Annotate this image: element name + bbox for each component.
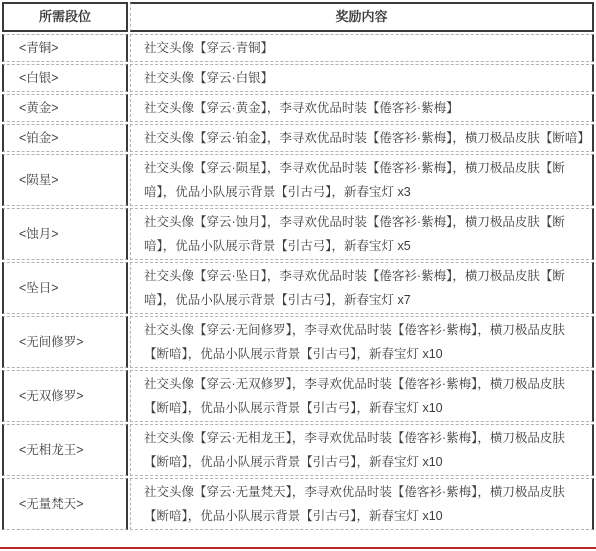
rank-cell: <无间修罗> bbox=[2, 316, 128, 368]
reward-cell: 社交头像【穿云·铂金】，李寻欢优品时装【倦客衫·紫梅】，横刀极品皮肤【断喑】 bbox=[130, 124, 594, 152]
rank-cell: <无相龙王> bbox=[2, 424, 128, 476]
table-row: <坠日> 社交头像【穿云·坠日】，李寻欢优品时装【倦客衫·紫梅】，横刀极品皮肤【… bbox=[2, 262, 594, 314]
table-row: <白银> 社交头像【穿云·白银】 bbox=[2, 64, 594, 92]
table-row: <黄金> 社交头像【穿云·黄金】，李寻欢优品时装【倦客衫·紫梅】 bbox=[2, 94, 594, 122]
rank-cell: <青铜> bbox=[2, 34, 128, 62]
reward-cell: 社交头像【穿云·无量梵天】，李寻欢优品时装【倦客衫·紫梅】，横刀极品皮肤【断喑】… bbox=[130, 478, 594, 530]
rank-cell: <坠日> bbox=[2, 262, 128, 314]
rewards-table-page: 所需段位 奖励内容 <青铜> 社交头像【穿云·青铜】 <白银> 社交头像【穿云·… bbox=[0, 0, 596, 551]
rewards-table: 所需段位 奖励内容 <青铜> 社交头像【穿云·青铜】 <白银> 社交头像【穿云·… bbox=[0, 0, 596, 532]
rank-cell: <白银> bbox=[2, 64, 128, 92]
table-row: <无间修罗> 社交头像【穿云·无间修罗】，李寻欢优品时装【倦客衫·紫梅】，横刀极… bbox=[2, 316, 594, 368]
rank-cell: <黄金> bbox=[2, 94, 128, 122]
rank-cell: <蚀月> bbox=[2, 208, 128, 260]
table-row: <铂金> 社交头像【穿云·铂金】，李寻欢优品时装【倦客衫·紫梅】，横刀极品皮肤【… bbox=[2, 124, 594, 152]
reward-cell: 社交头像【穿云·坠日】，李寻欢优品时装【倦客衫·紫梅】，横刀极品皮肤【断喑】，优… bbox=[130, 262, 594, 314]
rank-cell: <无双修罗> bbox=[2, 370, 128, 422]
table-row: <蚀月> 社交头像【穿云·蚀月】，李寻欢优品时装【倦客衫·紫梅】，横刀极品皮肤【… bbox=[2, 208, 594, 260]
reward-column-header: 奖励内容 bbox=[130, 2, 594, 32]
rank-column-header: 所需段位 bbox=[2, 2, 128, 32]
reward-cell: 社交头像【穿云·无双修罗】，李寻欢优品时装【倦客衫·紫梅】，横刀极品皮肤【断喑】… bbox=[130, 370, 594, 422]
rank-cell: <铂金> bbox=[2, 124, 128, 152]
reward-cell: 社交头像【穿云·无相龙王】，李寻欢优品时装【倦客衫·紫梅】，横刀极品皮肤【断喑】… bbox=[130, 424, 594, 476]
rewards-table-body: <青铜> 社交头像【穿云·青铜】 <白银> 社交头像【穿云·白银】 <黄金> 社… bbox=[2, 34, 594, 530]
table-row: <青铜> 社交头像【穿云·青铜】 bbox=[2, 34, 594, 62]
reward-cell: 社交头像【穿云·无间修罗】，李寻欢优品时装【倦客衫·紫梅】，横刀极品皮肤【断喑】… bbox=[130, 316, 594, 368]
table-row: <无量梵天> 社交头像【穿云·无量梵天】，李寻欢优品时装【倦客衫·紫梅】，横刀极… bbox=[2, 478, 594, 530]
table-row: <陨星> 社交头像【穿云·陨星】，李寻欢优品时装【倦客衫·紫梅】，横刀极品皮肤【… bbox=[2, 154, 594, 206]
rank-cell: <陨星> bbox=[2, 154, 128, 206]
header-row: 所需段位 奖励内容 bbox=[2, 2, 594, 32]
bottom-red-line bbox=[0, 547, 596, 549]
table-row: <无相龙王> 社交头像【穿云·无相龙王】，李寻欢优品时装【倦客衫·紫梅】，横刀极… bbox=[2, 424, 594, 476]
reward-cell: 社交头像【穿云·黄金】，李寻欢优品时装【倦客衫·紫梅】 bbox=[130, 94, 594, 122]
table-row: <无双修罗> 社交头像【穿云·无双修罗】，李寻欢优品时装【倦客衫·紫梅】，横刀极… bbox=[2, 370, 594, 422]
reward-cell: 社交头像【穿云·陨星】，李寻欢优品时装【倦客衫·紫梅】，横刀极品皮肤【断喑】，优… bbox=[130, 154, 594, 206]
rank-cell: <无量梵天> bbox=[2, 478, 128, 530]
reward-cell: 社交头像【穿云·青铜】 bbox=[130, 34, 594, 62]
reward-cell: 社交头像【穿云·蚀月】，李寻欢优品时装【倦客衫·紫梅】，横刀极品皮肤【断喑】，优… bbox=[130, 208, 594, 260]
reward-cell: 社交头像【穿云·白银】 bbox=[130, 64, 594, 92]
